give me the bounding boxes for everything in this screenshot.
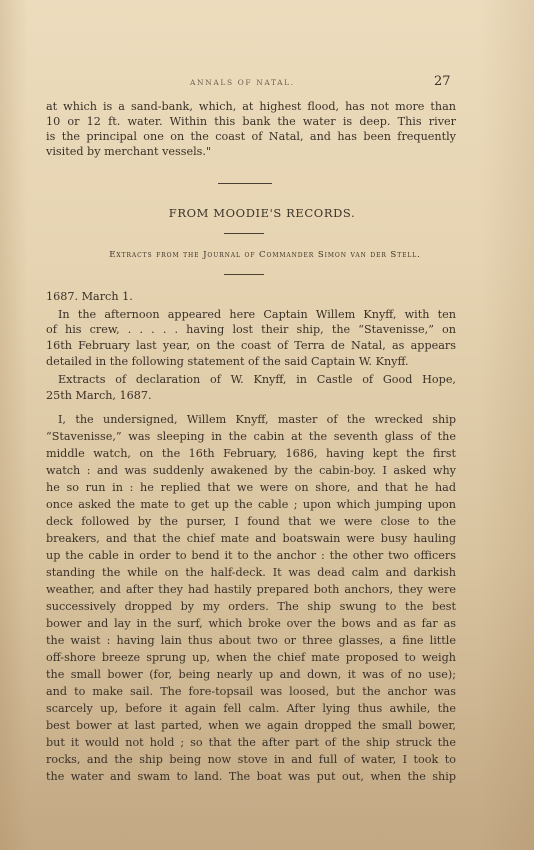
- section-divider: [218, 183, 272, 184]
- text-line: middle watch, on the 16th February, 1686…: [46, 447, 456, 461]
- text-line: is the principal one on the coast of Nat…: [46, 130, 456, 144]
- text-line: and to make sail. The fore-topsail was l…: [46, 685, 456, 699]
- running-title: ANNALS OF NATAL.: [190, 78, 295, 87]
- text-line: up the cable in order to bend it to the …: [46, 549, 456, 563]
- entry-date: 1687. March 1.: [46, 290, 456, 304]
- text-line: the water and swam to land. The boat was…: [46, 770, 456, 784]
- text-line: the waist : having lain thus about two o…: [46, 634, 456, 648]
- text-line: once asked the mate to get up the cable …: [46, 498, 456, 512]
- text-line: watch : and was suddenly awakened by the…: [46, 464, 456, 478]
- text-line: at which is a sand-bank, which, at highe…: [46, 100, 456, 114]
- text-line: Extracts of declaration of W. Knyff, in …: [58, 373, 456, 387]
- text-line: best bower at last parted, when we again…: [46, 719, 456, 733]
- page-number: 27: [434, 74, 451, 89]
- text-line: In the afternoon appeared here Captain W…: [58, 308, 456, 322]
- text-line: 10 or 12 ft. water. Within this bank the…: [46, 115, 456, 129]
- text-line: off-shore breeze sprung up, when the chi…: [46, 651, 456, 665]
- text-line: detailed in the following statement of t…: [46, 355, 456, 369]
- running-header: ANNALS OF NATAL. 27: [0, 76, 534, 92]
- section-heading: FROM MOODIE'S RECORDS.: [0, 206, 529, 220]
- text-line: bower and lay in the surf, which broke o…: [46, 617, 456, 631]
- text-line: of his crew, . . . . . having lost their…: [46, 323, 456, 337]
- heading-divider: [224, 233, 264, 234]
- text-line: rocks, and the ship being now stove in a…: [46, 753, 456, 767]
- text-line: I, the undersigned, Willem Knyff, master…: [58, 413, 456, 427]
- text-line: standing the while on the half-deck. It …: [46, 566, 456, 580]
- text-line: he so run in : he replied that we were o…: [46, 481, 456, 495]
- subheading-divider: [224, 274, 264, 275]
- text-line: deck followed by the purser, I found tha…: [46, 515, 456, 529]
- text-line: weather, and after they had hastily prep…: [46, 583, 456, 597]
- text-line: “Stavenisse,” was sleeping in the cabin …: [46, 430, 456, 444]
- text-line: breakers, and that the chief mate and bo…: [46, 532, 456, 546]
- section-subheading: Extracts from the Journal of Commander S…: [0, 250, 532, 260]
- text-line: visited by merchant vessels.": [46, 145, 456, 159]
- text-line: 16th February last year, on the coast of…: [46, 339, 456, 353]
- text-line: 25th March, 1687.: [46, 389, 456, 403]
- text-line: but it would not hold ; so that the afte…: [46, 736, 456, 750]
- text-line: the small bower (for, being nearly up an…: [46, 668, 456, 682]
- text-line: successively dropped by my orders. The s…: [46, 600, 456, 614]
- text-line: scarcely up, before it again fell calm. …: [46, 702, 456, 716]
